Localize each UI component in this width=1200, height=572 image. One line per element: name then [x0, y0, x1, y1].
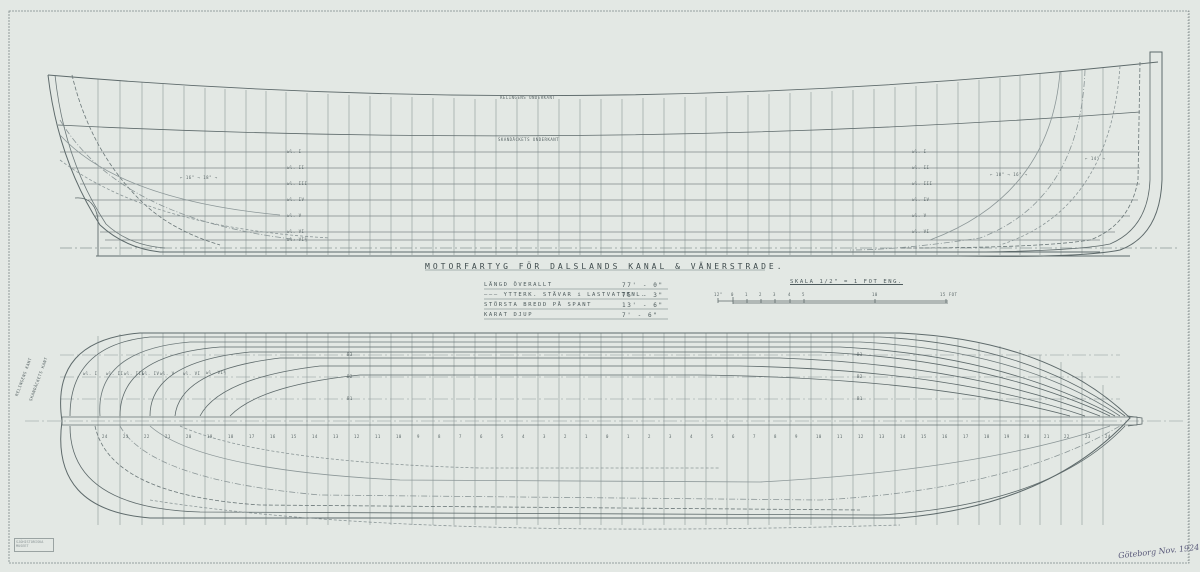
spacing-note-aft: ← 16" → 18" → [180, 175, 218, 180]
station-label: 11 [837, 434, 843, 439]
station-label: 12 [858, 434, 864, 439]
station-label: 2 [564, 434, 567, 439]
station-label: 10 [816, 434, 822, 439]
station-label: 2 [648, 434, 651, 439]
station-label: 21 [1044, 434, 1050, 439]
station-label: 20 [186, 434, 192, 439]
station-label: 9 [795, 434, 798, 439]
spec-value: 77' - 0" [622, 282, 664, 289]
station-label: 19 [207, 434, 213, 439]
station-label: 21 [165, 434, 171, 439]
wl-label-fore: wl. IV [912, 197, 929, 202]
station-label: 17 [249, 434, 255, 439]
station-label: 8 [774, 434, 777, 439]
wl-label-fore: wl. III [912, 181, 932, 186]
spacing-note-bow: ← 14" → [1085, 156, 1105, 161]
plan-view [25, 333, 1185, 529]
buttock-label: B3 [857, 352, 863, 357]
station-label: 24 [1105, 434, 1111, 439]
station-label: 4 [522, 434, 525, 439]
station-label: 10 [396, 434, 402, 439]
station-label: 5 [711, 434, 714, 439]
spec-label: STÖRSTA BREDD PÅ SPANT [484, 302, 592, 308]
station-label: 23 [1085, 434, 1091, 439]
station-label: 17 [963, 434, 969, 439]
wl-label-aft: wl. IV [287, 197, 304, 202]
station-label: 5 [501, 434, 504, 439]
station-label: 3 [669, 434, 672, 439]
station-label: 6 [480, 434, 483, 439]
sheet-border [9, 11, 1189, 563]
station-label: 6 [732, 434, 735, 439]
scale-tick: 3 [773, 292, 776, 297]
scale-tick: 10 [872, 292, 878, 297]
plan-wl-label: wl. I [83, 371, 98, 376]
wl-label-aft: wl. I [287, 149, 302, 154]
scale-bar [718, 297, 948, 304]
plan-wl-label: wl. II [106, 371, 123, 376]
station-label: 3 [543, 434, 546, 439]
scale-tick: 5 [802, 292, 805, 297]
scale-tick: 12" [714, 292, 723, 297]
scale-tick: 4 [788, 292, 791, 297]
station-label: 14 [900, 434, 906, 439]
wl-label-fore: wl. VI [912, 229, 929, 234]
scale-tick: 1 [745, 292, 748, 297]
station-label: 11 [375, 434, 381, 439]
spec-label: KARAT DJUP [484, 312, 533, 318]
spacing-note-fore: ← 18" → 16" → [990, 172, 1028, 177]
plan-wl-label: wl. VI½ [206, 370, 226, 375]
buttock-label: B2 [347, 374, 353, 379]
wl-label-aft: wl. III [287, 181, 307, 186]
station-label: 18 [984, 434, 990, 439]
station-label: 18 [228, 434, 234, 439]
spec-label: LÄNGD ÖVERALLT [484, 282, 553, 288]
spec-value: 13' - 6" [622, 302, 664, 309]
station-label: 24 [102, 434, 108, 439]
profile-view [48, 52, 1180, 256]
scale-tick: 0 [731, 292, 734, 297]
spec-value: 75' - 3" [622, 292, 664, 299]
drawing-title: MOTORFARTYG FÖR DALSLANDS KANAL & VÄNERS… [425, 262, 785, 271]
station-label: 23 [123, 434, 129, 439]
buttock-label: B3 [347, 352, 353, 357]
spec-value: 7' - 6" [622, 312, 659, 319]
station-label: 12 [354, 434, 360, 439]
plan-wl-label: wl. IV [142, 371, 159, 376]
wl-label-aft: wl. VI½ [287, 237, 307, 242]
station-label: 4 [690, 434, 693, 439]
wl-label-fore: wl. I [912, 149, 927, 154]
station-label: 19 [1004, 434, 1010, 439]
buttock-label: B1 [857, 396, 863, 401]
station-label: 20 [1024, 434, 1030, 439]
scale-tick: 2 [759, 292, 762, 297]
station-label: 22 [1064, 434, 1070, 439]
wl-label-aft: wl. II [287, 165, 304, 170]
station-label: 8 [438, 434, 441, 439]
station-label: 1 [627, 434, 630, 439]
scale-tick: 15 FOT [940, 292, 957, 297]
station-label: 9 [417, 434, 420, 439]
station-label: 16 [270, 434, 276, 439]
station-label: 14 [312, 434, 318, 439]
ship-lines-drawing: RELINGENS UNDERKANT SKANDÄCKETS UNDERKAN… [0, 0, 1200, 572]
scale-title: SKALA 1/2" = 1 FOT ENG. [790, 279, 903, 285]
plan-wl-label: wl. VI [183, 371, 200, 376]
archive-stamp: SJÖHISTORISKA MUSEET [14, 538, 54, 552]
buttock-label: B1 [347, 396, 353, 401]
drawing-canvas [0, 0, 1200, 572]
station-label: 16 [942, 434, 948, 439]
wl-label-fore: wl. V [912, 213, 927, 218]
sheer-label-lower: SKANDÄCKETS UNDERKANT [498, 137, 559, 142]
buttock-label: B2 [857, 374, 863, 379]
station-label: 13 [333, 434, 339, 439]
station-label: 22 [144, 434, 150, 439]
wl-label-aft: wl. V [287, 213, 302, 218]
plan-wl-label: wl. V [160, 371, 175, 376]
wl-label-fore: wl. II [912, 165, 929, 170]
station-label: 0 [606, 434, 609, 439]
station-label: 15 [921, 434, 927, 439]
wl-label-aft: wl. VI [287, 229, 304, 234]
station-label: 7 [459, 434, 462, 439]
station-label: 13 [879, 434, 885, 439]
station-label: 1 [585, 434, 588, 439]
station-label: 7 [753, 434, 756, 439]
station-label: 15 [291, 434, 297, 439]
sheer-label-upper: RELINGENS UNDERKANT [500, 95, 555, 100]
